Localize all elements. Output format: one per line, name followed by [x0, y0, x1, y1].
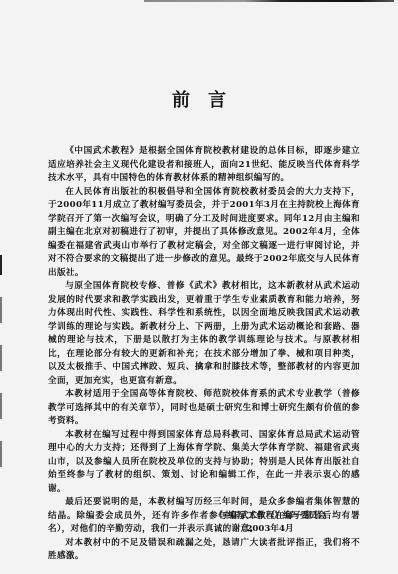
margin-mark: [0, 345, 2, 371]
preface-body: 《中国武术教程》是根据全国体育院校教材建设的总体目标，即逐步建立适应培养社会主义…: [48, 145, 360, 564]
paragraph: 在人民体育出版社的积极倡导和全国体育院校教材委员会的大力支持下，于2000年11…: [48, 186, 360, 281]
signature-organization: 《中国武术教程》编写委员会: [200, 510, 340, 523]
paragraph: 与原全国体育院校专修、普修《武术》教材相比，这本新教材从武术运动发展的时代要求和…: [48, 280, 360, 388]
paragraph: 本教材在编写过程中得到国家体育总局科教司、国家体育总局武术运动管理中心的大力支持…: [48, 429, 360, 497]
paragraph: 对本教材中的不足及错误和疏漏之处，恳请广大读者批评指正，我们将不胜感激。: [48, 537, 360, 564]
signature-date: 2003年4月: [200, 523, 340, 536]
margin-mark: [0, 393, 2, 419]
signature-block: 《中国武术教程》编写委员会 2003年4月: [200, 510, 340, 536]
margin-mark: [0, 297, 2, 323]
paragraph: 本教材适用于全国高等体育院校、师范院校体育系的武术专业教学（普修教学可选择其中的…: [48, 388, 360, 429]
paragraph: 《中国武术教程》是根据全国体育院校教材建设的总体目标，即逐步建立适应培养社会主义…: [48, 145, 360, 186]
page-title: 前言: [0, 86, 398, 112]
margin-mark: [0, 255, 2, 275]
margin-mark: [0, 441, 2, 467]
scan-edge-strip: [144, 0, 394, 2]
scan-margin-marks: [0, 255, 2, 489]
